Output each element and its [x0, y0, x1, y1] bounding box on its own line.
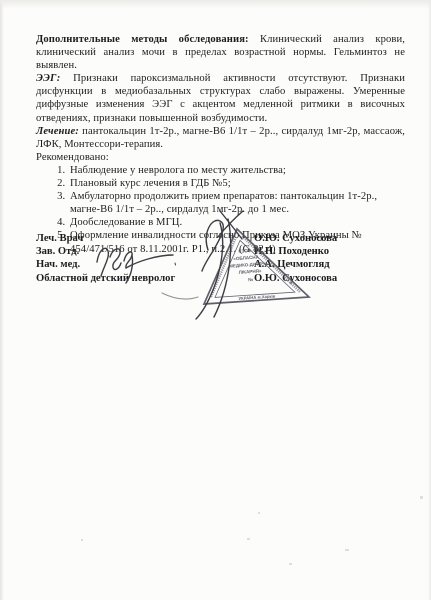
document-body: Дополнительные методы обследования: Клин… [36, 33, 405, 256]
scan-noise-speck [81, 539, 83, 541]
scan-noise-speck [247, 538, 250, 540]
paragraph-additional-methods: Дополнительные методы обследования: Клин… [36, 33, 405, 72]
paragraph-treatment: Лечение: пантокальцин 1т-2р., магне-В6 1… [36, 125, 405, 151]
scan-noise-speck [258, 512, 260, 514]
scanned-document-page: Дополнительные методы обследования: Клин… [0, 0, 431, 600]
signature-label: Нач. мед. [36, 258, 254, 271]
signature-label: Зав. Отд. [36, 245, 254, 258]
scan-noise-speck [289, 563, 292, 565]
signature-block: Леч. Врач О.Ю. Сухоносова Зав. Отд. Н.П.… [36, 232, 396, 285]
scan-noise-speck [345, 549, 349, 551]
signature-label: Областной детский невролог [36, 272, 254, 285]
signature-name: О.Ю. Сухоносова [254, 272, 396, 285]
list-item: Плановый курс лечения в ГДБ №5; [68, 177, 405, 190]
stamp-bottom-text: УКРАЇНА м.Харків [238, 293, 275, 301]
paragraph-eeg: ЭЭГ: Признаки пароксизмальной активности… [36, 72, 405, 124]
scan-noise-speck [420, 496, 423, 499]
paragraph-lead: Лечение: [36, 126, 79, 137]
list-item: Дообследование в МГЦ. [68, 216, 405, 229]
paragraph-text: Признаки пароксизмальной активности отсу… [36, 73, 405, 123]
paragraph-text: пантокальцин 1т-2р., магне-В6 1/1т – 2р.… [36, 126, 405, 150]
list-item: Наблюдение у невролога по месту жительст… [68, 164, 405, 177]
signature-name: А.А. Цечмогляд [254, 258, 396, 271]
recommended-heading: Рекомендовано: [36, 151, 405, 164]
list-item: Амбулаторно продолжить прием препаратов:… [68, 190, 405, 216]
signature-label: Леч. Врач [36, 232, 254, 245]
paragraph-lead: ЭЭГ: [36, 73, 60, 84]
signature-name: О.Ю. Сухоносова [254, 232, 396, 245]
paragraph-lead: Дополнительные методы обследования: [36, 34, 249, 45]
signature-name: Н.П. Походенко [254, 245, 396, 258]
